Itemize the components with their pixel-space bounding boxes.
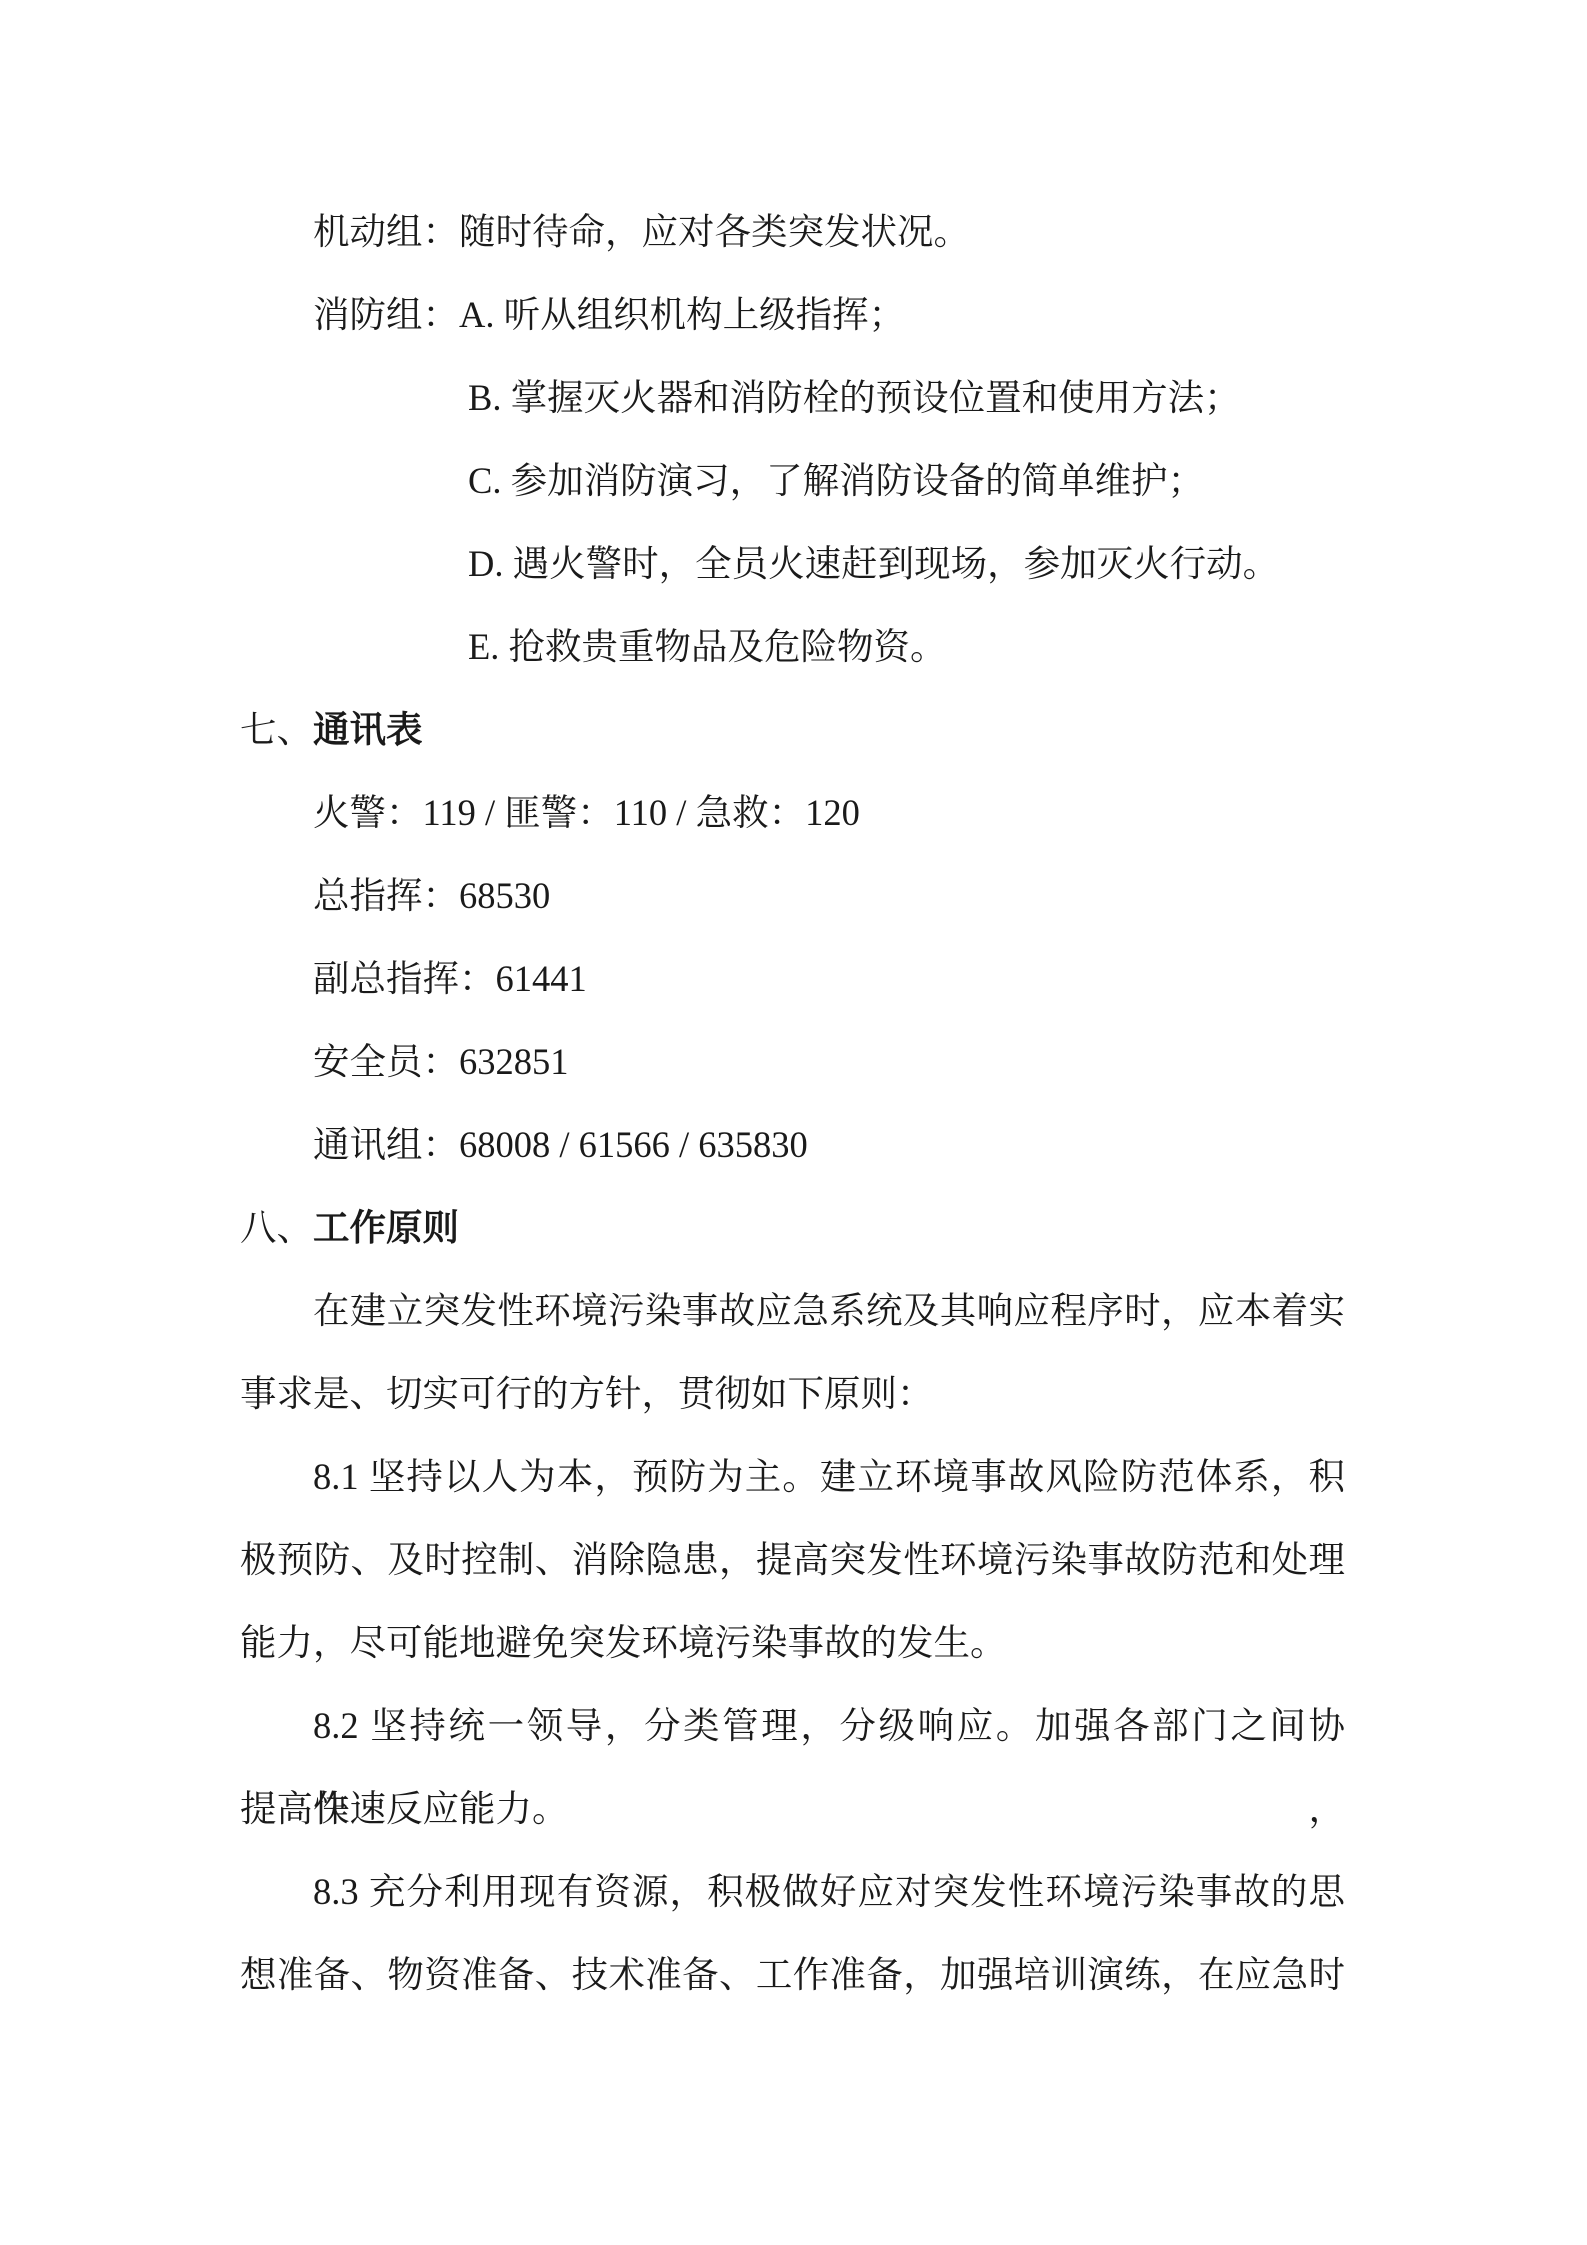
mobile-team-line: 机动组：随时待命，应对各类突发状况。 [240, 190, 1345, 273]
section-seven-number: 七、 [240, 709, 313, 750]
fire-team-duty-c: C. 参加消防演习，了解消防设备的简单维护； [240, 439, 1345, 522]
contact-line-safety-officer: 安全员：632851 [240, 1020, 1345, 1103]
fire-team-duty-e: E. 抢救贵重物品及危险物资。 [240, 605, 1345, 688]
contact-line-deputy-commander: 副总指挥：61441 [240, 937, 1345, 1020]
section-eight-heading: 八、工作原则 [240, 1186, 1345, 1269]
contact-line-alarm-numbers: 火警：119 / 匪警：110 / 急救：120 [240, 771, 1345, 854]
document-text-block: 机动组：随时待命，应对各类突发状况。 消防组：A. 听从组织机构上级指挥； B.… [240, 190, 1345, 2016]
principle-8-3-line2: 想准备、物资准备、技术准备、工作准备，加强培训演练，在应急时 [240, 1933, 1345, 2016]
fire-team-duty-d: D. 遇火警时，全员火速赶到现场，参加灭火行动。 [240, 522, 1345, 605]
contact-line-chief-commander: 总指挥：68530 [240, 854, 1345, 937]
fire-team-lead-line: 消防组：A. 听从组织机构上级指挥； [240, 273, 1345, 356]
section-eight-intro-line2: 事求是、切实可行的方针，贯彻如下原则： [240, 1352, 1345, 1435]
section-seven-title: 通讯表 [313, 709, 423, 750]
section-eight-title: 工作原则 [313, 1207, 459, 1248]
principle-8-1-line3: 能力，尽可能地避免突发环境污染事故的发生。 [240, 1601, 1345, 1684]
contact-line-comms-team: 通讯组：68008 / 61566 / 635830 [240, 1103, 1345, 1186]
principle-8-3-line1: 8.3 充分利用现有资源，积极做好应对突发性环境污染事故的思 [240, 1850, 1345, 1933]
fire-team-duty-b: B. 掌握灭火器和消防栓的预设位置和使用方法； [240, 356, 1345, 439]
principle-8-1-line1: 8.1 坚持以人为本，预防为主。建立环境事故风险防范体系，积 [240, 1435, 1345, 1518]
section-seven-heading: 七、通讯表 [240, 688, 1345, 771]
section-eight-number: 八、 [240, 1207, 313, 1248]
section-eight-intro-line1: 在建立突发性环境污染事故应急系统及其响应程序时，应本着实 [240, 1269, 1345, 1352]
document-page: 机动组：随时待命，应对各类突发状况。 消防组：A. 听从组织机构上级指挥； B.… [0, 0, 1587, 2245]
principle-8-1-line2: 极预防、及时控制、消除隐患，提高突发性环境污染事故防范和处理 [240, 1518, 1345, 1601]
principle-8-2-line1: 8.2 坚持统一领导，分类管理，分级响应。加强各部门之间协作， [240, 1684, 1345, 1767]
